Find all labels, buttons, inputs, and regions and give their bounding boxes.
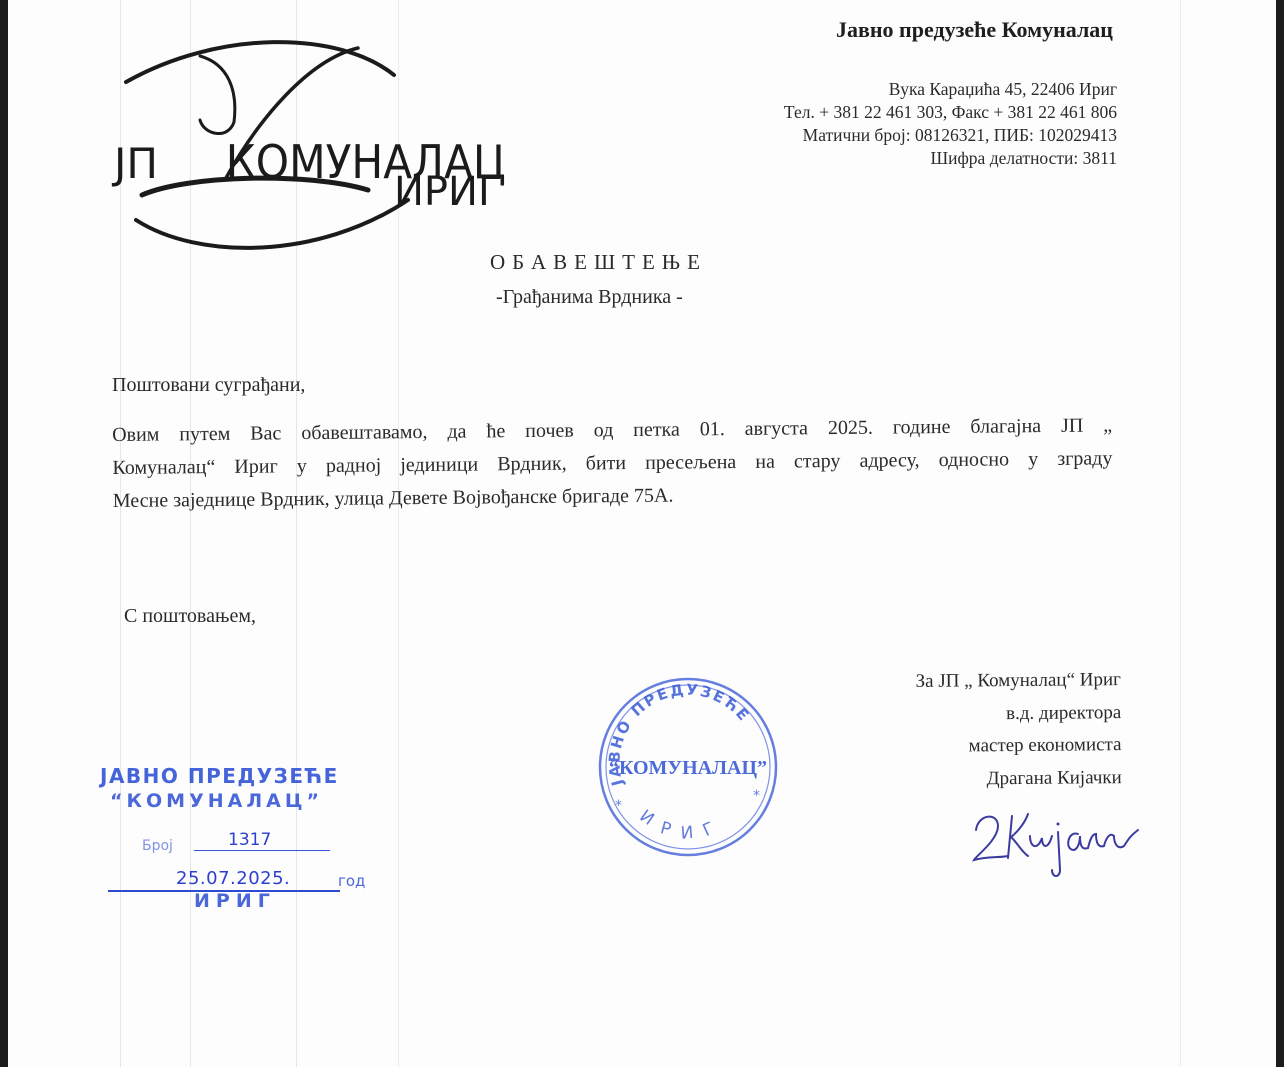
company-address: Вука Караџића 45, 22406 Ириг [889,79,1117,100]
handwritten-signature [968,800,1148,880]
logo-irig-text: ИРИГ [394,169,502,215]
notice-title: ОБАВЕШТЕЊЕ [490,250,707,275]
registry-stamp: ЈАВНО ПРЕДУЗЕЋЕ “КОМУНАЛАЦ” Број 1317 25… [98,760,388,920]
salutation: Поштовани суграђани, [112,374,305,397]
closing: С поштовањем, [124,605,256,628]
company-phone-fax: Тел. + 381 22 461 303, Факс + 381 22 461… [784,102,1117,123]
notice-subtitle: -Грађанима Врдника - [496,286,683,309]
signatory-block: За ЈП „ Комуналац“ Ириг в.д. директора м… [915,664,1121,796]
registry-year-suffix: год [338,872,365,890]
logo-graphic: ЈП КОМУНАЛАЦ ИРИГ [108,20,548,250]
company-activity-code: Шифра делатности: 3811 [930,148,1117,169]
registry-stamp-line2: “КОМУНАЛАЦ” [110,790,323,812]
company-name-heading: Јавно предузеће Комуналац [836,17,1113,43]
registry-number-label: Број [142,838,173,854]
signatory-role: в.д. директора [915,697,1121,731]
registry-date-value: 25.07.2025. [176,868,290,889]
svg-text:*: * [753,788,760,804]
signatory-company: За ЈП „ Комуналац“ Ириг [915,664,1121,698]
company-ids: Матични број: 08126321, ПИБ: 102029413 [803,125,1117,146]
registry-stamp-line1: ЈАВНО ПРЕДУЗЕЋЕ [100,764,339,788]
svg-text:*: * [615,798,622,814]
registry-number-line [194,850,330,851]
svg-text:ИРИГ: ИРИГ [636,806,729,844]
seal-center-text: “КОМУНАЛАЦ” [609,757,767,779]
signatory-name: Драгана Кијачки [916,762,1122,796]
company-logo: ЈП КОМУНАЛАЦ ИРИГ [108,20,548,250]
round-seal: ЈАВНО ПРЕДУЗЕЋЕ “КОМУНАЛАЦ” * * ИРИГ [593,672,783,862]
registry-number-value: 1317 [228,830,271,850]
seal-bottom-text: ИРИГ [636,806,729,844]
document-page: ЈП КОМУНАЛАЦ ИРИГ Јавно предузеће Комуна… [8,0,1276,1067]
notice-body: Овим путем Вас обавештавамо, да ће почев… [112,409,1113,518]
logo-jp-text: ЈП [111,139,158,188]
registry-city: ИРИГ [194,890,276,912]
signatory-title: мастер економиста [916,729,1122,763]
